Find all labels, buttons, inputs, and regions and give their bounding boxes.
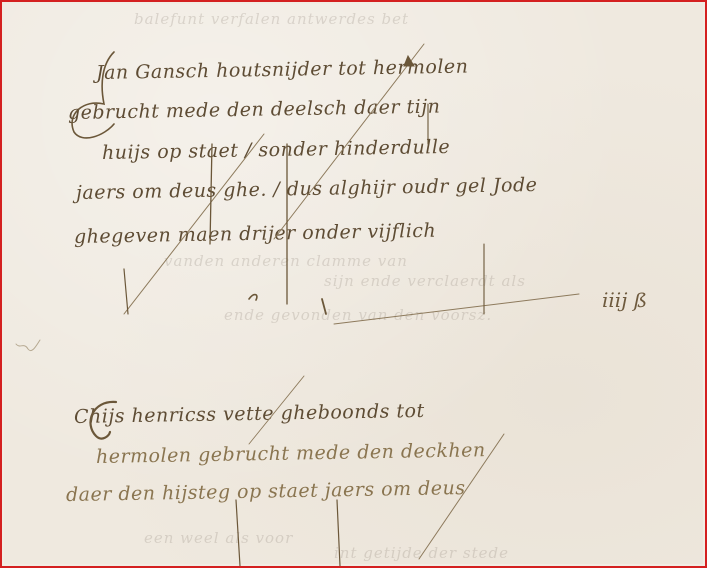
bleed-through-text: int getijde der stede: [334, 544, 509, 562]
entry-1-line-3: huijs op staet / sonder hinderdulle: [102, 136, 451, 164]
document-frame: balefunt verfalen antwerdes bet vanden a…: [0, 0, 707, 568]
bleed-through-text: sijn ende verclaerdt als: [324, 272, 526, 290]
entry-2-line-3: daer den hijsteg op staet jaers om deus: [66, 477, 466, 506]
entry-1-line-4: jaers om deus ghe. / dus alghijr oudr ge…: [76, 174, 538, 204]
bleed-through-text: vanden anderen clamme van: [164, 252, 408, 270]
entry-1-line-2: gebrucht mede den deelsch daer tijn: [68, 96, 441, 124]
bleed-through-text: een weel als voor: [144, 529, 293, 547]
margin-amount-note: iiij ß: [602, 288, 647, 312]
entry-2-line-1: Chijs henricss vette gheboonds tot: [74, 400, 425, 428]
entry-2-line-2: hermolen gebrucht mede den deckhen: [96, 439, 486, 468]
bleed-through-text: balefunt verfalen antwerdes bet: [134, 10, 409, 28]
entry-1-line-5: ghegeven maen drijer onder vijflich: [74, 220, 437, 248]
entry-1-line-1: Jan Gansch houtsnijder tot hermolen: [96, 56, 469, 84]
manuscript-page: balefunt verfalen antwerdes bet vanden a…: [4, 4, 703, 564]
bleed-through-text: ende gevonden van den voorsz.: [224, 306, 492, 324]
